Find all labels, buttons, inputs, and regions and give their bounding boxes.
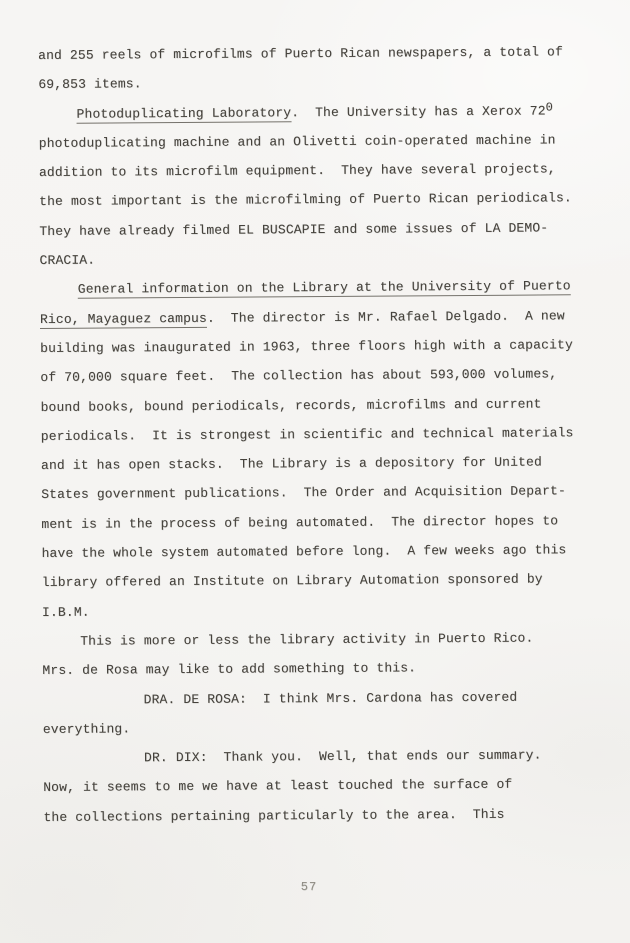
typed-text: addition to its microfilm equipment. The… [39, 162, 556, 181]
typed-text: periodicals. It is strongest in scientif… [41, 425, 574, 444]
typed-line: building was inaugurated in 1963, three … [40, 330, 600, 363]
typed-line: Mrs. de Rosa may like to add something t… [42, 652, 602, 685]
typed-line: have the whole system automated before l… [41, 535, 601, 568]
typed-text: the collections pertaining particularly … [43, 806, 504, 824]
typed-text: I.B.M. [42, 604, 90, 619]
typed-text: Mrs. de Rosa may like to add something t… [42, 661, 416, 679]
typed-text: and it has open stacks. The Library is a… [41, 455, 542, 473]
typed-line: I.B.M. [42, 594, 602, 627]
typed-line: bound books, bound periodicals, records,… [40, 389, 600, 422]
typed-line: and 255 reels of microfilms of Puerto Ri… [38, 37, 598, 70]
typed-line: They have already filmed EL BUSCAPIE and… [39, 213, 599, 246]
typed-text: . The director is Mr. Rafael Delgado. A … [207, 308, 565, 325]
typed-text: the most important is the microfilming o… [39, 191, 572, 210]
typed-text: 0 [546, 100, 553, 114]
typed-line: of 70,000 square feet. The collection ha… [40, 359, 600, 392]
typed-text: . The University has a Xerox 72 [291, 103, 546, 120]
typed-text: have the whole system automated before l… [42, 542, 567, 561]
typed-line: General information on the Library at th… [40, 271, 600, 304]
typed-line: States government publications. The Orde… [41, 477, 601, 510]
typed-text: This is more or less the library activit… [80, 630, 533, 648]
typed-text: bound books, bound periodicals, records,… [41, 396, 542, 414]
typed-line: photoduplicating machine and an Olivetti… [39, 125, 599, 158]
typed-line: everything. [43, 711, 603, 744]
typed-text: and 255 reels of microfilms of Puerto Ri… [38, 44, 563, 63]
underlined-typed-text: Photoduplicating Laboratory [76, 105, 291, 123]
typed-line: addition to its microfilm equipment. The… [39, 154, 599, 187]
typed-text: of 70,000 square feet. The collection ha… [40, 367, 557, 386]
typed-line: library offered an Institute on Library … [42, 564, 602, 597]
typed-line: the collections pertaining particularly … [43, 799, 603, 832]
typed-text: They have already filmed EL BUSCAPIE and… [39, 220, 548, 239]
typed-lines: and 255 reels of microfilms of Puerto Ri… [38, 37, 604, 832]
typed-text: DRA. DE ROSA: I think Mrs. Cardona has c… [144, 689, 518, 707]
underlined-typed-text: Rico, Mayaguez campus [40, 310, 207, 328]
typed-line: Photoduplicating Laboratory. The Univers… [38, 96, 598, 129]
underlined-typed-text: General information on the Library at th… [78, 279, 571, 299]
typed-line: This is more or less the library activit… [42, 623, 602, 656]
typed-line: and it has open stacks. The Library is a… [41, 447, 601, 480]
typed-line: DRA. DE ROSA: I think Mrs. Cardona has c… [42, 682, 602, 715]
typed-line: periodicals. It is strongest in scientif… [41, 418, 601, 451]
page-number: 57 [0, 880, 618, 894]
typed-text: DR. DIX: Thank you. Well, that ends our … [144, 748, 542, 766]
typed-text: everything. [43, 721, 131, 737]
typed-text: photoduplicating machine and an Olivetti… [39, 132, 556, 151]
typed-line: CRACIA. [39, 242, 599, 275]
typed-line: 69,853 items. [38, 66, 598, 99]
typed-text: ment is in the process of being automate… [41, 513, 558, 532]
typed-text: 69,853 items. [38, 77, 141, 93]
typed-line: ment is in the process of being automate… [41, 506, 601, 539]
typed-text: library offered an Institute on Library … [42, 572, 543, 590]
typed-text: CRACIA. [39, 253, 95, 268]
typed-text: States government publications. The Orde… [41, 484, 566, 503]
typed-text: Now, it seems to me we have at least tou… [43, 777, 512, 795]
typed-line: Rico, Mayaguez campus. The director is M… [40, 301, 600, 334]
typed-line: Now, it seems to me we have at least tou… [43, 769, 603, 802]
typed-text: building was inaugurated in 1963, three … [40, 337, 573, 356]
typed-line: the most important is the microfilming o… [39, 184, 599, 217]
typed-line: DR. DIX: Thank you. Well, that ends our … [43, 740, 603, 773]
scanned-page: and 255 reels of microfilms of Puerto Ri… [0, 0, 630, 943]
